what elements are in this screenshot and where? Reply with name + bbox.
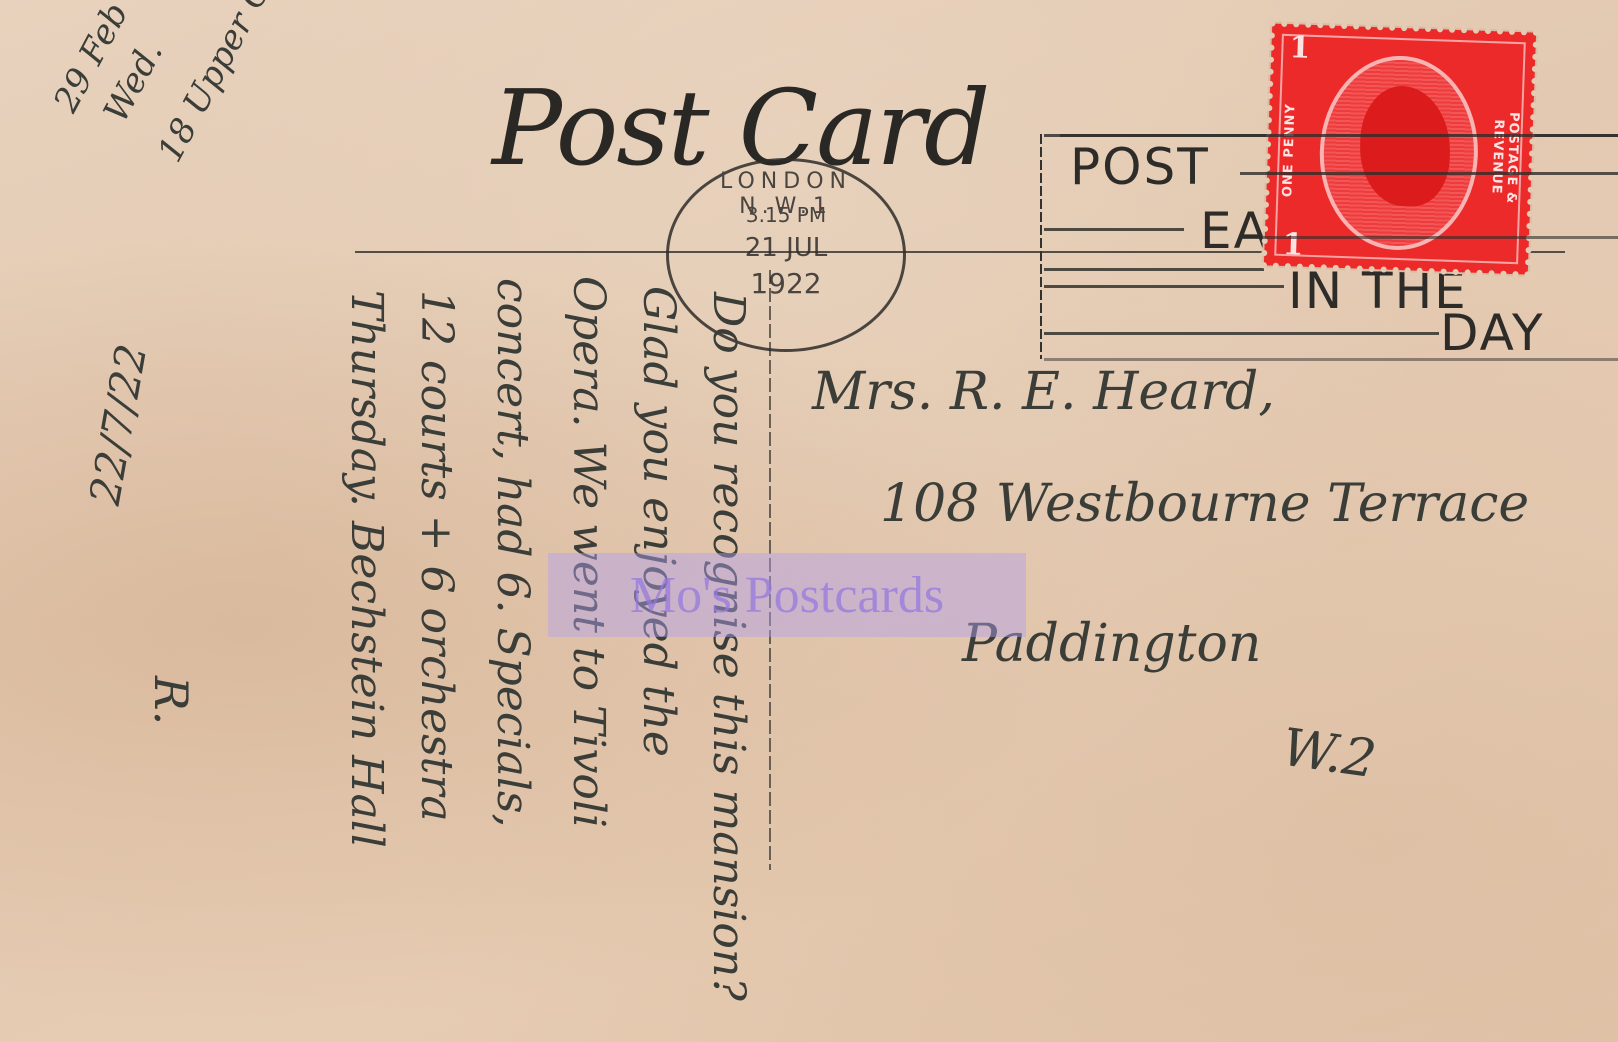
message-line: Do you recognise this mansion? bbox=[706, 292, 750, 1001]
postmark-circle: LONDON N.W.1 3.15 PM 21 JUL 1922 bbox=[666, 158, 906, 352]
watermark: Mo's Postcards bbox=[548, 553, 1026, 637]
cancel-line bbox=[1044, 285, 1284, 288]
cancel-line bbox=[1044, 332, 1439, 335]
cancel-line bbox=[1240, 236, 1618, 239]
address-line-postcode: W.2 bbox=[1279, 722, 1379, 787]
slogan-word: POST bbox=[1070, 138, 1210, 196]
message-line: Opera. We went to Tivoli bbox=[566, 276, 610, 828]
cancel-border bbox=[1040, 134, 1042, 359]
message-signature: R. bbox=[148, 676, 194, 725]
message-line: 12 courts + 6 orchestra bbox=[414, 290, 458, 822]
message-line: Glad you enjoyed the bbox=[636, 286, 680, 757]
address-line-street: 108 Westbourne Terrace bbox=[880, 478, 1529, 530]
postmark-date: 21 JUL bbox=[669, 233, 903, 263]
address-line-name: Mrs. R. E. Heard, bbox=[812, 366, 1275, 418]
cancel-line bbox=[1240, 172, 1618, 175]
cancel-line bbox=[1044, 268, 1264, 271]
cancel-line bbox=[1060, 134, 1618, 137]
cancel-line bbox=[1044, 228, 1184, 231]
postcard-back: Post Card LONDON N.W.1 3.15 PM 21 JUL 19… bbox=[0, 0, 1618, 1042]
sender-address: 18 Upper Cheyne Place bbox=[150, 0, 376, 169]
stamp-value: 1 bbox=[1289, 30, 1311, 66]
postmark-time: 3.15 PM bbox=[669, 203, 903, 227]
sender-note-date: 22/7/22 bbox=[80, 341, 156, 509]
slogan-word: DAY bbox=[1440, 304, 1545, 362]
message-line: Thursday. Bechstein Hall bbox=[344, 290, 388, 848]
message-line: concert, had 6. Specials, bbox=[490, 278, 534, 827]
